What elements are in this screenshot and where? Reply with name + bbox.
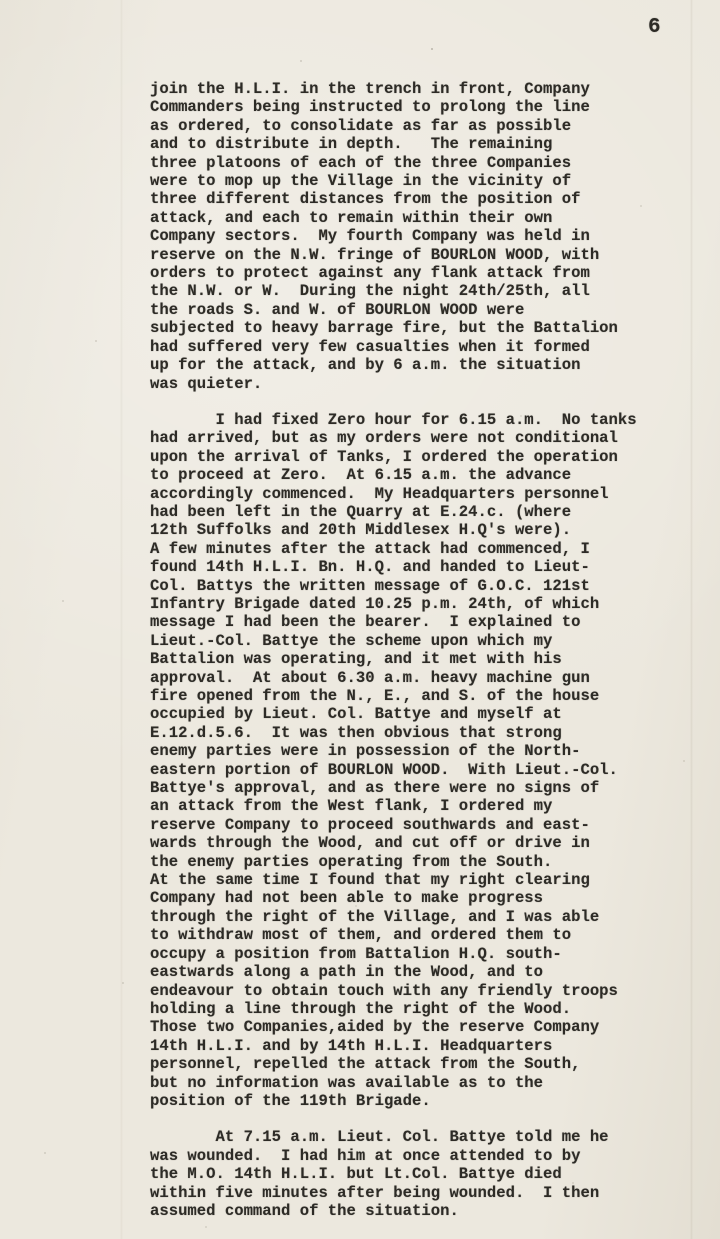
- paragraph-battye-wounded: At 7.15 a.m. Lieut. Col. Battye told me …: [150, 1128, 660, 1220]
- paper-specks: [0, 0, 2, 2]
- paper-crease-right: [690, 0, 693, 1239]
- document-page: 6 join the H.L.I. in the trench in front…: [0, 0, 720, 1239]
- page-number: 6: [648, 16, 661, 39]
- paragraph-zero-hour: I had fixed Zero hour for 6.15 a.m. No t…: [150, 411, 660, 1110]
- document-text: join the H.L.I. in the trench in front, …: [150, 80, 660, 1220]
- paragraph-continuation: join the H.L.I. in the trench in front, …: [150, 80, 660, 393]
- paper-crease-left: [120, 0, 123, 1239]
